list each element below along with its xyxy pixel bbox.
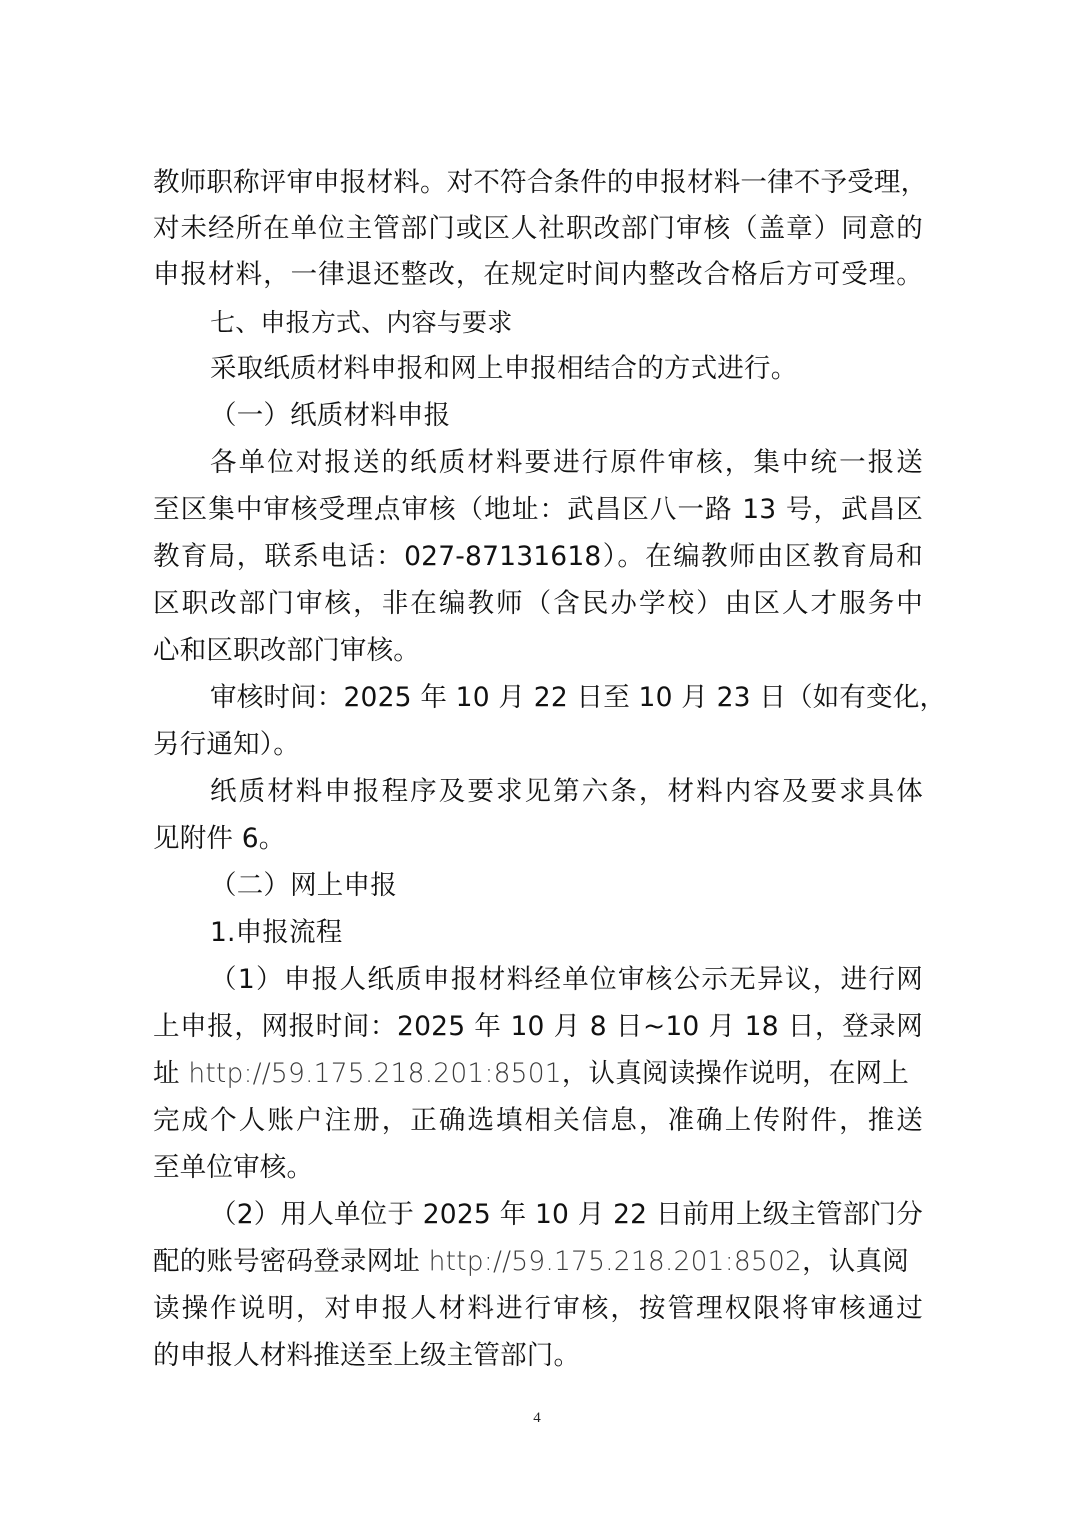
paragraph-line: 采取纸质材料申报和网上申报相结合的方式进行。 xyxy=(210,346,797,392)
section-heading: 七、申报方式、内容与要求 xyxy=(210,300,512,346)
paragraph-line: 教师职称评审申报材料。对不符合条件的申报材料一律不予受理， xyxy=(153,160,923,206)
paragraph-line: 各单位对报送的纸质材料要进行原件审核，集中统一报送 xyxy=(210,440,923,486)
paragraph-line: 至单位审核。 xyxy=(153,1145,313,1191)
paragraph-line: 完成个人账户注册，正确选填相关信息，准确上传附件，推送 xyxy=(153,1098,923,1144)
text-fragment: 址 xyxy=(153,1058,180,1089)
paragraph-line: 另行通知）。 xyxy=(153,722,300,768)
paragraph-line: 至区集中审核受理点审核（地址：武昌区八一路 13 号，武昌区 xyxy=(153,487,923,533)
text-fragment: ，认真阅 xyxy=(802,1246,909,1277)
paragraph-line-with-link: 址 http://59.175.218.201:8501，认真阅读操作说明，在网… xyxy=(153,1051,923,1097)
paragraph-line: （1）申报人纸质申报材料经单位审核公示无异议，进行网 xyxy=(210,957,923,1003)
text-fragment: 配的账号密码登录网址 xyxy=(153,1246,420,1277)
paragraph-line: 读操作说明，对申报人材料进行审核，按管理权限将审核通过 xyxy=(153,1286,923,1332)
subsection-heading: 1.申报流程 xyxy=(210,910,342,956)
employer-portal-link[interactable]: http://59.175.218.201:8502 xyxy=(429,1246,802,1277)
document-page: 教师职称评审申报材料。对不符合条件的申报材料一律不予受理， 对未经所在单位主管部… xyxy=(0,0,1074,1520)
paragraph-line: 心和区职改部门审核。 xyxy=(153,628,420,674)
paragraph-line: 上申报，网报时间：2025 年 10 月 8 日~10 月 18 日，登录网 xyxy=(153,1004,923,1050)
page-number: 4 xyxy=(0,1410,1074,1427)
subsection-heading: （一）纸质材料申报 xyxy=(210,393,450,439)
applicant-portal-link[interactable]: http://59.175.218.201:8501 xyxy=(188,1058,561,1089)
paragraph-line: 教育局，联系电话：027-87131618）。在编教师由区教育局和 xyxy=(153,534,923,580)
paragraph-line: 申报材料，一律退还整改，在规定时间内整改合格后方可受理。 xyxy=(153,252,923,298)
paragraph-line: 区职改部门审核，非在编教师（含民办学校）由区人才服务中 xyxy=(153,581,923,627)
paragraph-line: 见附件 6。 xyxy=(153,816,285,862)
paragraph-line: （2）用人单位于 2025 年 10 月 22 日前用上级主管部门分 xyxy=(210,1192,923,1238)
paragraph-line: 的申报人材料推送至上级主管部门。 xyxy=(153,1333,580,1379)
subsection-heading: （二）网上申报 xyxy=(210,863,397,909)
paragraph-line-with-link: 配的账号密码登录网址 http://59.175.218.201:8502，认真… xyxy=(153,1239,923,1285)
review-time-line: 审核时间：2025 年 10 月 22 日至 10 月 23 日（如有变化， xyxy=(210,675,923,721)
paragraph-line: 对未经所在单位主管部门或区人社职改部门审核（盖章）同意的 xyxy=(153,206,923,252)
paragraph-line: 纸质材料申报程序及要求见第六条，材料内容及要求具体 xyxy=(210,769,923,815)
text-fragment: ，认真阅读操作说明，在网上 xyxy=(562,1058,909,1089)
